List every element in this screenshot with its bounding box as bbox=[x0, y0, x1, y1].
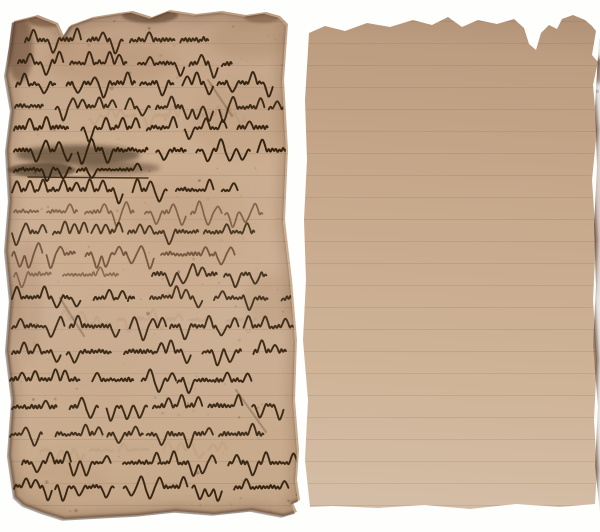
handwriting-line bbox=[312, 188, 589, 213]
handwriting-line bbox=[330, 273, 445, 287]
handwriting-line bbox=[312, 232, 503, 252]
ink-layer-right bbox=[290, 15, 600, 509]
handwriting-line bbox=[310, 296, 592, 321]
handwriting-line bbox=[10, 424, 264, 448]
ink-layer-left bbox=[6, 7, 305, 519]
handwriting-line bbox=[308, 341, 551, 363]
handwriting-line bbox=[318, 79, 588, 102]
handwriting-line bbox=[318, 407, 561, 432]
handwriting-line bbox=[317, 122, 569, 147]
handwriting-line bbox=[309, 318, 559, 343]
letter-scan bbox=[0, 0, 600, 532]
handwriting-overlay bbox=[0, 0, 600, 532]
handwriting-line bbox=[315, 100, 551, 125]
handwriting-line bbox=[311, 384, 555, 410]
handwriting-line bbox=[315, 146, 583, 170]
handwriting-line bbox=[308, 363, 550, 384]
handwriting-line bbox=[314, 252, 562, 275]
handwriting-line bbox=[312, 210, 561, 234]
handwriting-line bbox=[313, 165, 590, 191]
